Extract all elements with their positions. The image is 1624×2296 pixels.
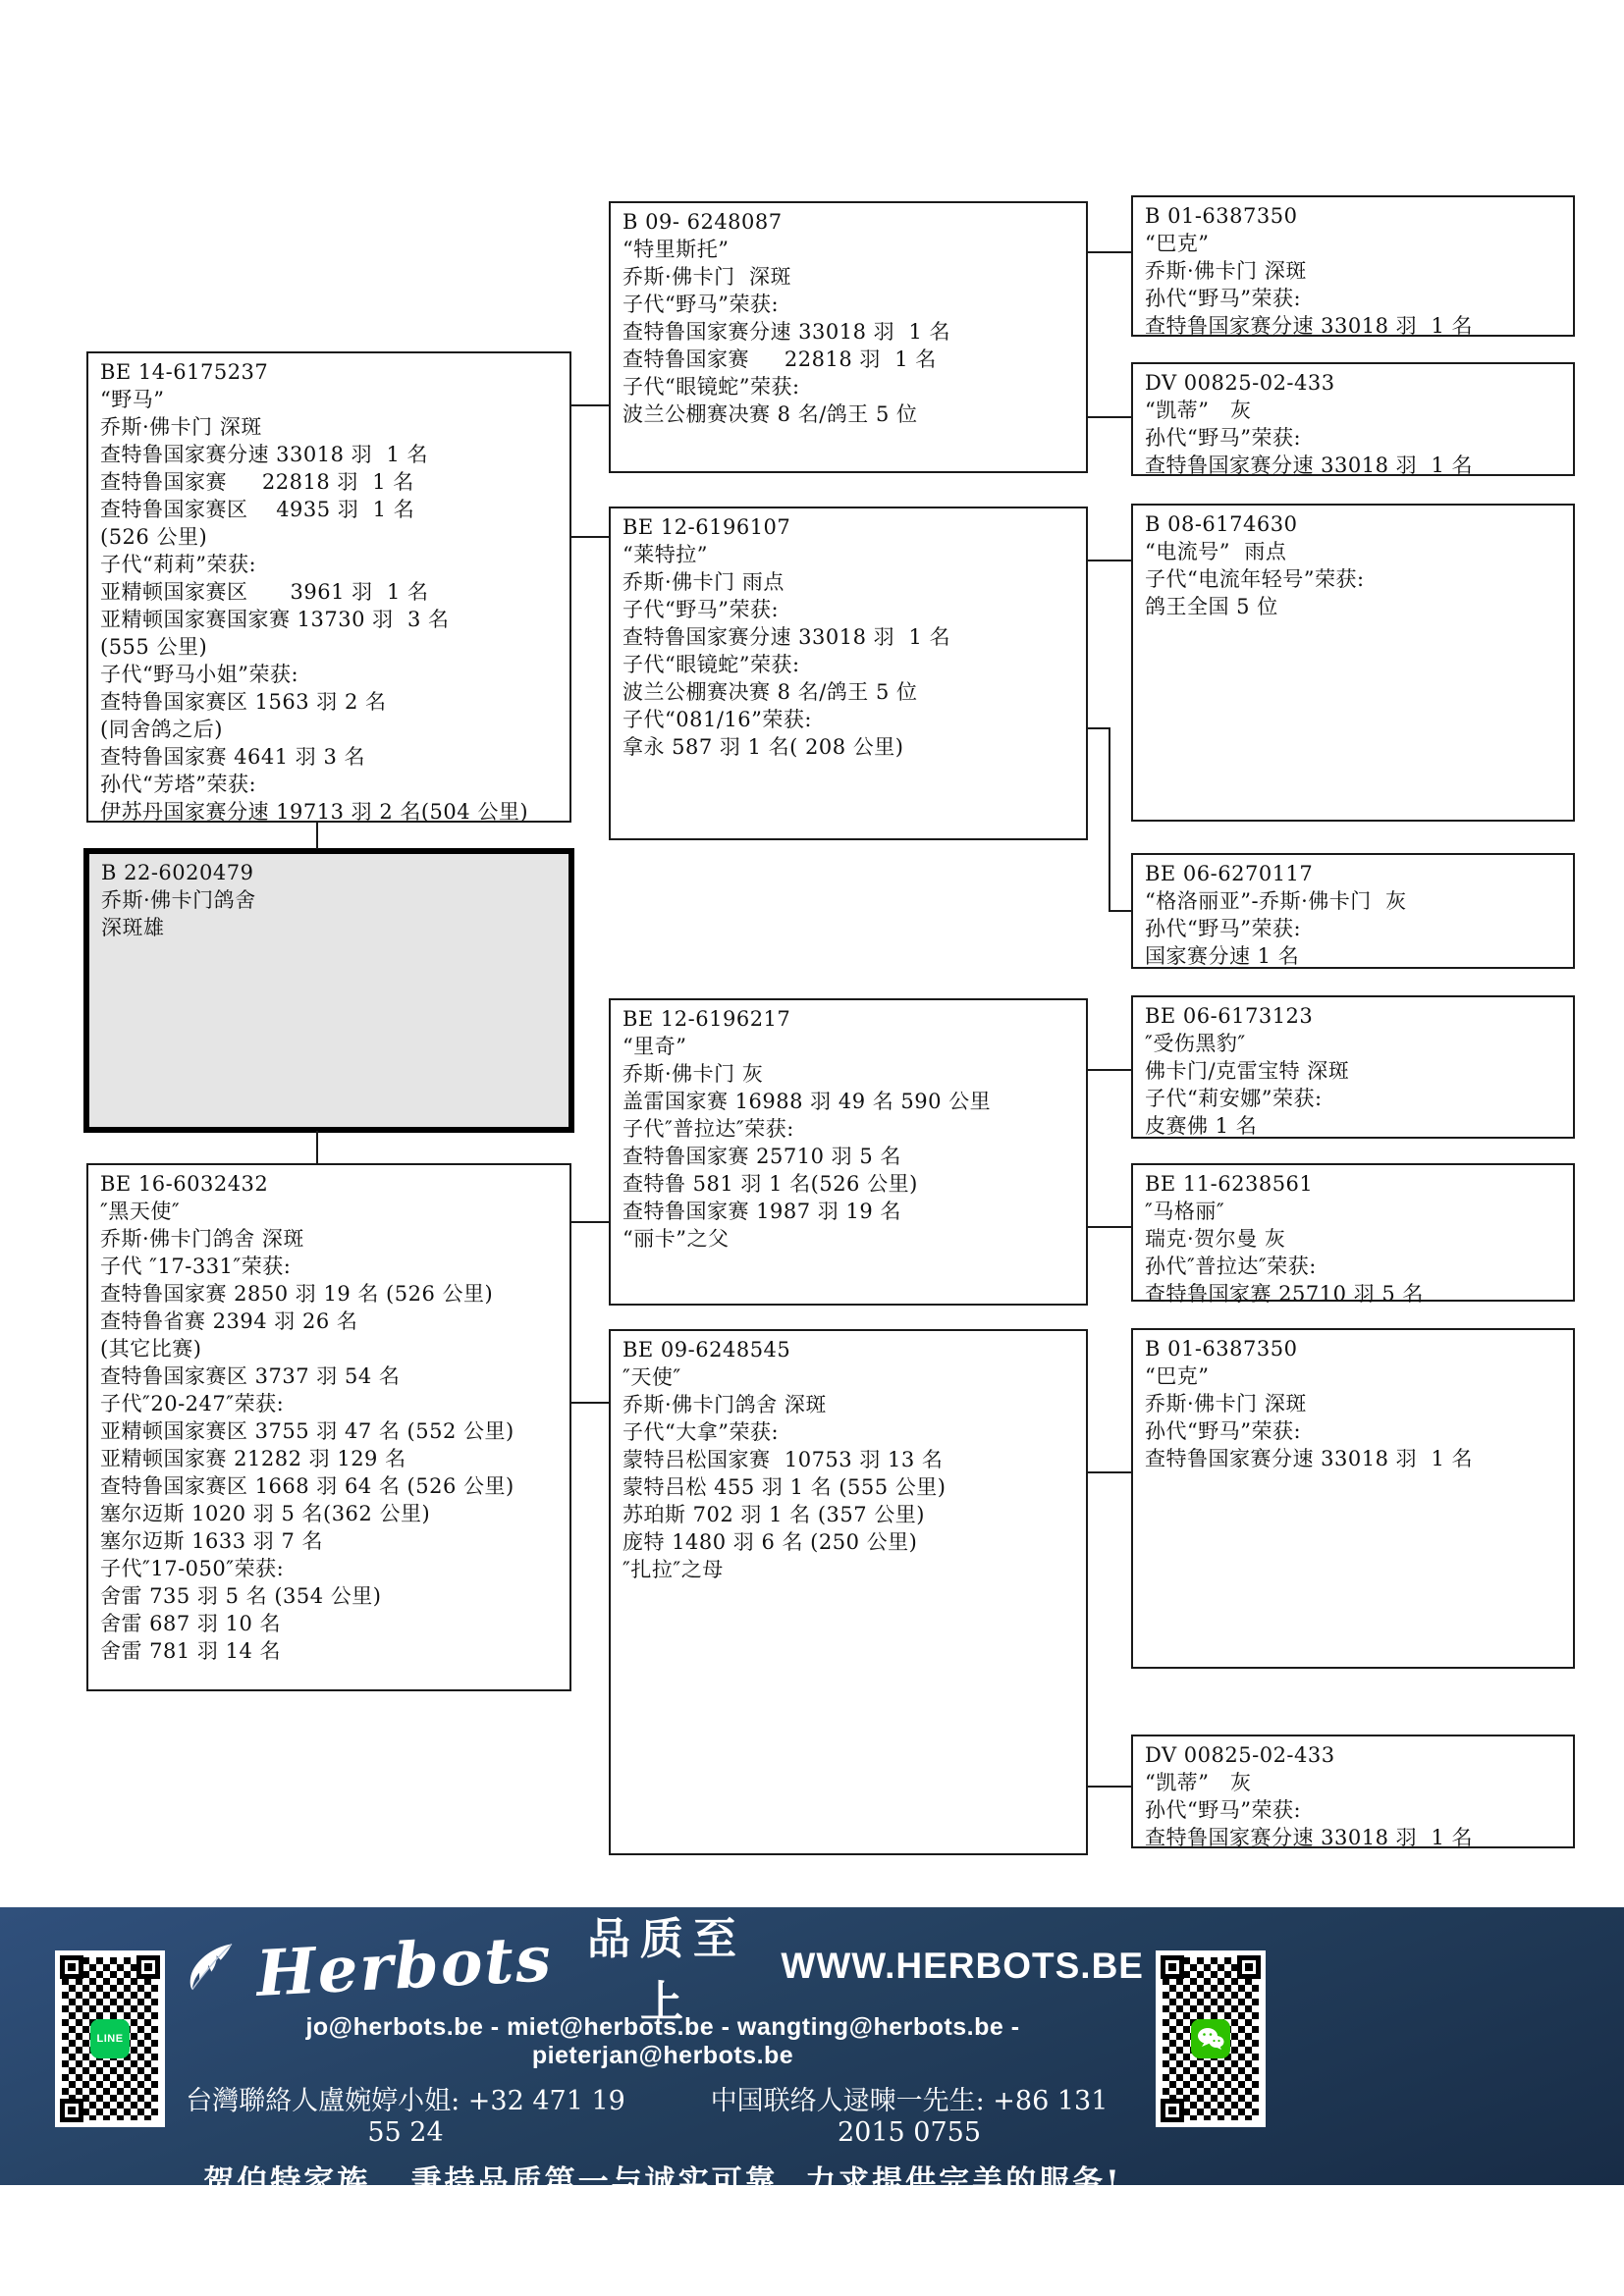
text-line: 查特鲁国家赛 22818 羽 1 名 [100,468,562,496]
text-line: B 01-6387350 [1145,202,1565,230]
connector-mother-grandmother [571,1402,609,1404]
text-line: ″马格丽″ [1145,1198,1565,1225]
brand-tagline: 品质至上 [568,1903,765,2029]
text-line: 乔斯·佛卡门 深斑 [1145,1390,1565,1417]
connector-ggp7 [1087,1471,1131,1473]
text-line: BE 12-6196217 [623,1005,1078,1033]
connector-ggp5 [1087,1069,1131,1071]
qr-pattern [1163,1957,1259,2120]
text-line: 乔斯·佛卡门 灰 [623,1060,1078,1088]
pedigree-box-subject: B 22-6020479乔斯·佛卡门鸽舍深斑雄 [83,848,574,1133]
connector-mother-grandfather [571,1221,609,1223]
text-line: 查特鲁国家赛分速 33018 羽 1 名 [1145,312,1565,340]
text-line: B 08-6174630 [1145,510,1565,538]
text-line: 伊苏丹国家赛分速 19713 羽 2 名(504 公里) [100,798,562,826]
text-line: 查特鲁国家赛 25710 羽 5 名 [1145,1280,1565,1308]
contact-china: 中国联络人逯暕一先生: +86 131 2015 0755 [675,2079,1144,2148]
pedigree-box-grandmother-maternal: BE 09-6248545″天使″乔斯·佛卡门鸽舍 深斑子代“大拿”荣获:蒙特吕… [609,1329,1088,1855]
text-line: 查特鲁国家赛分速 33018 羽 1 名 [623,623,1078,651]
qr-finder [60,2099,83,2122]
text-line: 查特鲁国家赛分速 33018 羽 1 名 [623,318,1078,346]
text-line: 查特鲁国家赛区 1668 羽 64 名 (526 公里) [100,1472,562,1500]
text-line: 乔斯·佛卡门 深斑 [100,413,562,441]
text-line: 子代“野马小姐”荣获: [100,661,562,688]
text-line: 查特鲁国家赛分速 33018 羽 1 名 [1145,1824,1565,1851]
text-line: BE 14-6175237 [100,358,562,386]
text-line: 苏珀斯 702 羽 1 名 (357 公里) [623,1501,1078,1528]
line-qr-code: LINE [55,1950,165,2127]
text-line: 查特鲁国家赛 4641 羽 3 名 [100,743,562,771]
text-line: 拿永 587 羽 1 名( 208 公里) [623,733,1078,761]
subject-text: B 22-6020479乔斯·佛卡门鸽舍深斑雄 [89,854,568,941]
connector-ggp1 [1087,251,1131,253]
text-line: 盖雷国家赛 16988 羽 49 名 590 公里 [623,1088,1078,1115]
text-line: 子代″17-050″荣获: [100,1555,562,1582]
text-line: 乔斯·佛卡门鸽舍 深斑 [623,1391,1078,1418]
text-line: (同舍鸽之后) [100,716,562,743]
email-line: jo@herbots.be - miet@herbots.be - wangti… [182,2013,1144,2070]
ggp7-text: B 01-6387350“巴克”乔斯·佛卡门 深斑孙代“野马”荣获:查特鲁国家赛… [1133,1330,1573,1472]
text-line: 子代“眼镜蛇”荣获: [623,651,1078,678]
text-line: ″天使″ [623,1363,1078,1391]
text-line: (526 公里) [100,523,562,551]
text-line: 孙代“野马”荣获: [1145,424,1565,452]
text-line: 庞特 1480 羽 6 名 (250 公里) [623,1528,1078,1556]
text-line: 查特鲁国家赛区 4935 羽 1 名 [100,496,562,523]
text-line: ″扎拉″之母 [623,1556,1078,1583]
text-line: 查特鲁国家赛分速 33018 羽 1 名 [100,441,562,468]
text-line: “巴克” [1145,230,1565,257]
qr-finder [1161,1955,1184,1979]
pedigree-page: BE 14-6175237“野马”乔斯·佛卡门 深斑查特鲁国家赛分速 33018… [0,0,1624,2296]
text-line: 皮赛佛 1 名 [1145,1112,1565,1140]
pedigree-box-ggp2: DV 00825-02-433“凯蒂” 灰孙代“野马”荣获:查特鲁国家赛分速 3… [1131,362,1575,476]
text-line: “莱特拉” [623,541,1078,568]
text-line: “丽卡”之父 [623,1225,1078,1253]
text-line: 舍雷 735 羽 5 名 (354 公里) [100,1582,562,1610]
ggp6-text: BE 11-6238561″马格丽″瑞克·贺尔曼 灰孙代″普拉达″荣获:查特鲁国… [1133,1165,1573,1308]
connector-ggp3 [1087,560,1131,561]
ggp2-text: DV 00825-02-433“凯蒂” 灰孙代“野马”荣获:查特鲁国家赛分速 3… [1133,364,1573,479]
text-line: 瑞克·贺尔曼 灰 [1145,1225,1565,1253]
text-line: 子代“野马”荣获: [623,596,1078,623]
pedigree-box-ggp7: B 01-6387350“巴克”乔斯·佛卡门 深斑孙代“野马”荣获:查特鲁国家赛… [1131,1328,1575,1669]
text-line: “野马” [100,386,562,413]
wechat-icon [1191,2019,1230,2058]
pedigree-box-ggp1: B 01-6387350“巴克”乔斯·佛卡门 深斑孙代“野马”荣获:查特鲁国家赛… [1131,195,1575,337]
text-line: 查特鲁国家赛区 3737 羽 54 名 [100,1362,562,1390]
connector-ggp6 [1087,1226,1131,1228]
qr-finder [136,1955,160,1979]
connector-father-subject [316,823,318,849]
text-line: 孙代″普拉达″荣获: [1145,1253,1565,1280]
text-line: 蒙特吕松国家赛 10753 羽 13 名 [623,1446,1078,1473]
text-line: (555 公里) [100,633,562,661]
connector-ggp4-b [1109,727,1110,912]
text-line: “凯蒂” 灰 [1145,397,1565,424]
text-line: 查特鲁国家赛 2850 羽 19 名 (526 公里) [100,1280,562,1308]
connector-ggp4-a [1087,727,1110,729]
text-line: 蒙特吕松 455 羽 1 名 (555 公里) [623,1473,1078,1501]
text-line: “凯蒂” 灰 [1145,1769,1565,1796]
text-line: BE 16-6032432 [100,1170,562,1198]
connector-ggp2 [1087,416,1131,418]
text-line: 子代“大拿”荣获: [623,1418,1078,1446]
connector-ggp8 [1087,1786,1131,1788]
text-line: 子代“081/16”荣获: [623,706,1078,733]
text-line: 查特鲁 581 羽 1 名(526 公里) [623,1170,1078,1198]
mother-text: BE 16-6032432″黑天使″乔斯·佛卡门鸽舍 深斑子代 ″17-331″… [88,1165,569,1665]
text-line: BE 09-6248545 [623,1336,1078,1363]
line-icon: LINE [90,2019,130,2058]
text-line: 塞尔迈斯 1020 羽 5 名(362 公里) [100,1500,562,1527]
text-line: B 01-6387350 [1145,1335,1565,1362]
ggp1-text: B 01-6387350“巴克”乔斯·佛卡门 深斑孙代“野马”荣获:查特鲁国家赛… [1133,197,1573,340]
text-line: 孙代“野马”荣获: [1145,1417,1565,1445]
text-line: 波兰公棚赛决赛 8 名/鸽王 5 位 [623,678,1078,706]
text-line: 孙代“野马”荣获: [1145,1796,1565,1824]
ggp3-text: B 08-6174630“电流号” 雨点子代“电流年轻号”荣获:鸽王全国 5 位 [1133,506,1573,620]
text-line: 舍雷 687 羽 10 名 [100,1610,562,1637]
text-line: 亚精顿国家赛区 3755 羽 47 名 (552 公里) [100,1417,562,1445]
pedigree-box-father: BE 14-6175237“野马”乔斯·佛卡门 深斑查特鲁国家赛分速 33018… [86,351,571,823]
text-line: DV 00825-02-433 [1145,1741,1565,1769]
text-line: 国家赛分速 1 名 [1145,942,1565,970]
wechat-qr-code [1156,1950,1266,2127]
grandmother-maternal-text: BE 09-6248545″天使″乔斯·佛卡门鸽舍 深斑子代“大拿”荣获:蒙特吕… [611,1331,1086,1583]
text-line: 孙代“野马”荣获: [1145,915,1565,942]
footer-slogan: 贺伯特家族...秉持品质第一与诚实可靠, 力求提供完美的服务! [182,2157,1144,2201]
text-line: 子代″20-247″荣获: [100,1390,562,1417]
text-line: DV 00825-02-433 [1145,369,1565,397]
ggp4-text: BE 06-6270117“格洛丽亚”-乔斯·佛卡门 灰孙代“野马”荣获:国家赛… [1133,855,1573,970]
text-line: 亚精顿国家赛国家赛 13730 羽 3 名 [100,606,562,633]
text-line: “电流号” 雨点 [1145,538,1565,565]
text-line: 查特鲁省赛 2394 羽 26 名 [100,1308,562,1335]
pedigree-box-ggp6: BE 11-6238561″马格丽″瑞克·贺尔曼 灰孙代″普拉达″荣获:查特鲁国… [1131,1163,1575,1302]
text-line: 子代“电流年轻号”荣获: [1145,565,1565,593]
ggp8-text: DV 00825-02-433“凯蒂” 灰孙代“野马”荣获:查特鲁国家赛分速 3… [1133,1736,1573,1851]
footer-content: Herbots 品质至上 WWW.HERBOTS.BE jo@herbots.b… [182,1925,1144,2201]
text-line: 查特鲁国家赛 22818 羽 1 名 [623,346,1078,373]
text-line: 查特鲁国家赛 1987 羽 19 名 [623,1198,1078,1225]
connector-father-grandfather [571,404,609,406]
text-line: (其它比赛) [100,1335,562,1362]
text-line: BE 12-6196107 [623,513,1078,541]
grandmother-paternal-text: BE 12-6196107“莱特拉”乔斯·佛卡门 雨点子代“野马”荣获:查特鲁国… [611,508,1086,761]
qr-finder [1161,2099,1184,2122]
pedigree-box-ggp4: BE 06-6270117“格洛丽亚”-乔斯·佛卡门 灰孙代“野马”荣获:国家赛… [1131,853,1575,969]
text-line: 舍雷 781 羽 14 名 [100,1637,562,1665]
text-line: 鸽王全国 5 位 [1145,593,1565,620]
text-line: 查特鲁国家赛 25710 羽 5 名 [623,1143,1078,1170]
father-text: BE 14-6175237“野马”乔斯·佛卡门 深斑查特鲁国家赛分速 33018… [88,353,569,826]
grandfather-maternal-text: BE 12-6196217“里奇”乔斯·佛卡门 灰盖雷国家赛 16988 羽 4… [611,1000,1086,1253]
text-line: 乔斯·佛卡门 深斑 [623,263,1078,291]
qr-pattern: LINE [62,1957,158,2120]
text-line: B 09- 6248087 [623,208,1078,236]
text-line: BE 11-6238561 [1145,1170,1565,1198]
pedigree-box-grandmother-paternal: BE 12-6196107“莱特拉”乔斯·佛卡门 雨点子代“野马”荣获:查特鲁国… [609,507,1088,840]
grandfather-paternal-text: B 09- 6248087“特里斯托”乔斯·佛卡门 深斑子代“野马”荣获:查特鲁… [611,203,1086,428]
text-line: 波兰公棚赛决赛 8 名/鸽王 5 位 [623,400,1078,428]
text-line: 子代“莉莉”荣获: [100,551,562,578]
text-line: 查特鲁国家赛分速 33018 羽 1 名 [1145,452,1565,479]
brand-logo: Herbots [254,1922,554,2011]
brand-row: Herbots 品质至上 WWW.HERBOTS.BE [182,1925,1144,2007]
text-line: 乔斯·佛卡门 深斑 [1145,257,1565,285]
text-line: 子代“莉安娜”荣获: [1145,1085,1565,1112]
feather-icon [178,1938,244,1994]
pedigree-box-ggp3: B 08-6174630“电流号” 雨点子代“电流年轻号”荣获:鸽王全国 5 位 [1131,504,1575,822]
text-line: “特里斯托” [623,236,1078,263]
text-line: “巴克” [1145,1362,1565,1390]
text-line: BE 06-6173123 [1145,1002,1565,1030]
text-line: 子代“眼镜蛇”荣获: [623,373,1078,400]
website-url: WWW.HERBOTS.BE [781,1946,1144,1987]
pedigree-box-ggp8: DV 00825-02-433“凯蒂” 灰孙代“野马”荣获:查特鲁国家赛分速 3… [1131,1735,1575,1848]
qr-finder [1237,1955,1261,1979]
text-line: 乔斯·佛卡门鸽舍 [101,886,561,914]
text-line: 子代″普拉达″荣获: [623,1115,1078,1143]
text-line: 孙代“芳塔”荣获: [100,771,562,798]
text-line: B 22-6020479 [101,859,561,886]
text-line: 佛卡门/克雷宝特 深斑 [1145,1057,1565,1085]
connector-father-grandmother [571,536,609,538]
text-line: 乔斯·佛卡门 雨点 [623,568,1078,596]
text-line: “格洛丽亚”-乔斯·佛卡门 灰 [1145,887,1565,915]
text-line: 深斑雄 [101,914,561,941]
text-line: 塞尔迈斯 1633 羽 7 名 [100,1527,562,1555]
qr-finder [60,1955,83,1979]
contact-line: 台灣聯絡人盧婉婷小姐: +32 471 19 55 24 中国联络人逯暕一先生:… [182,2079,1144,2148]
contact-taiwan: 台灣聯絡人盧婉婷小姐: +32 471 19 55 24 [182,2079,629,2148]
text-line: 亚精顿国家赛 21282 羽 129 名 [100,1445,562,1472]
text-line: ″受伤黑豹″ [1145,1030,1565,1057]
text-line: 乔斯·佛卡门鸽舍 深斑 [100,1225,562,1253]
text-line: 子代 ″17-331″荣获: [100,1253,562,1280]
text-line: ″黑天使″ [100,1198,562,1225]
pedigree-box-mother: BE 16-6032432″黑天使″乔斯·佛卡门鸽舍 深斑子代 ″17-331″… [86,1163,571,1691]
text-line: 亚精顿国家赛区 3961 羽 1 名 [100,578,562,606]
ggp5-text: BE 06-6173123″受伤黑豹″佛卡门/克雷宝特 深斑子代“莉安娜”荣获:… [1133,997,1573,1140]
text-line: 子代“野马”荣获: [623,291,1078,318]
text-line: 孙代“野马”荣获: [1145,285,1565,312]
footer-banner: LINE Herbots 品质至上 WWW.HERBOTS.BE jo@herb… [0,1907,1624,2185]
pedigree-box-grandfather-maternal: BE 12-6196217“里奇”乔斯·佛卡门 灰盖雷国家赛 16988 羽 4… [609,998,1088,1306]
text-line: 查特鲁国家赛分速 33018 羽 1 名 [1145,1445,1565,1472]
text-line: BE 06-6270117 [1145,860,1565,887]
pedigree-box-grandfather-paternal: B 09- 6248087“特里斯托”乔斯·佛卡门 深斑子代“野马”荣获:查特鲁… [609,201,1088,473]
text-line: “里奇” [623,1033,1078,1060]
text-line: 查特鲁国家赛区 1563 羽 2 名 [100,688,562,716]
pedigree-box-ggp5: BE 06-6173123″受伤黑豹″佛卡门/克雷宝特 深斑子代“莉安娜”荣获:… [1131,995,1575,1139]
connector-ggp4-c [1109,910,1131,912]
connector-subject-mother [316,1131,318,1164]
